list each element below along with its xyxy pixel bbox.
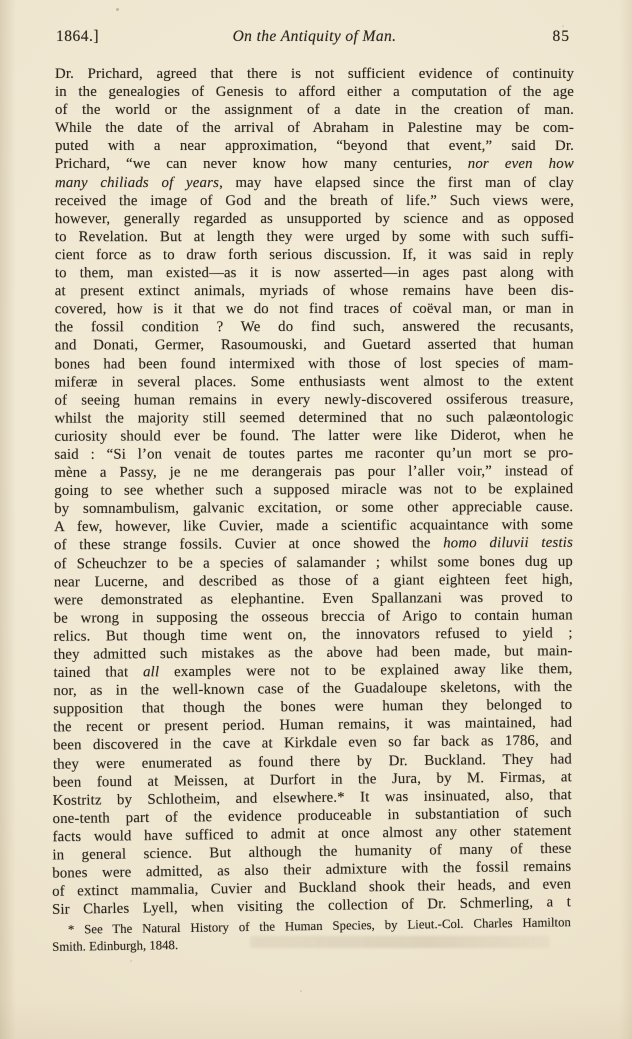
text-line: going to see whether such a supposed mir…: [54, 480, 573, 500]
text-line: at present extinct animals, myriads of w…: [55, 282, 574, 301]
text-line: Prichard, “we can never know how many ce…: [55, 155, 574, 173]
text-line: to them, man existed—as it is now assert…: [55, 264, 574, 283]
text-line: of these strange fossils. Cuvier at once…: [54, 534, 573, 555]
book-page: 1864.] On the Antiquity of Man. 85 Dr. P…: [55, 26, 574, 952]
text-line: of the world or the assignment of a date…: [55, 101, 574, 119]
text-line: in the genealogies of Genesis to afford …: [55, 83, 574, 101]
text-line: whilst the majority still seemed determi…: [54, 408, 573, 427]
text-line: however, generally regarded as unsupport…: [55, 210, 574, 228]
text-line: Dr. Prichard, agreed that there is not s…: [55, 65, 574, 83]
body-text: Dr. Prichard, agreed that there is not s…: [55, 65, 574, 915]
text-line: the fossil condition ? We do find such, …: [55, 318, 574, 337]
paper-speckle: [300, 990, 302, 992]
page-number: 85: [553, 28, 571, 46]
page-header: 1864.] On the Antiquity of Man. 85: [55, 28, 574, 50]
text-line: miferæ in several places. Some enthusias…: [55, 372, 574, 391]
text-line: and Donati, Germer, Rasoumouski, and Gue…: [55, 336, 574, 355]
text-line: of seeing human remains in every newly-d…: [55, 390, 574, 409]
text-line: received the image of God and the breath…: [55, 192, 574, 210]
text-line: to Revelation. But at length they were u…: [55, 228, 574, 246]
paper-speckle: [116, 8, 119, 11]
text-line: cient force as to draw forth serious dis…: [55, 246, 574, 264]
text-line: bones had been found intermixed with tho…: [55, 354, 574, 373]
text-line: of Scheuchzer to be a species of salaman…: [54, 552, 573, 573]
paper-speckle: [130, 960, 132, 962]
footnote: * See The Natural History of the Human S…: [52, 915, 571, 956]
text-line: said : “Si l’on venait de toutes partes …: [54, 444, 573, 464]
text-line: curiosity should ever be found. The latt…: [54, 426, 573, 446]
text-line: many chiliads of years, may have elapsed…: [55, 173, 574, 191]
text-line: covered, how is it that we do not find t…: [55, 300, 574, 319]
text-line: While the date of the arrival of Abraham…: [55, 119, 574, 137]
running-title: On the Antiquity of Man.: [55, 28, 574, 46]
text-line: puted with a near approximation, “beyond…: [55, 137, 574, 155]
text-line: mène a Passy, je ne me derangerais pas p…: [54, 462, 573, 482]
